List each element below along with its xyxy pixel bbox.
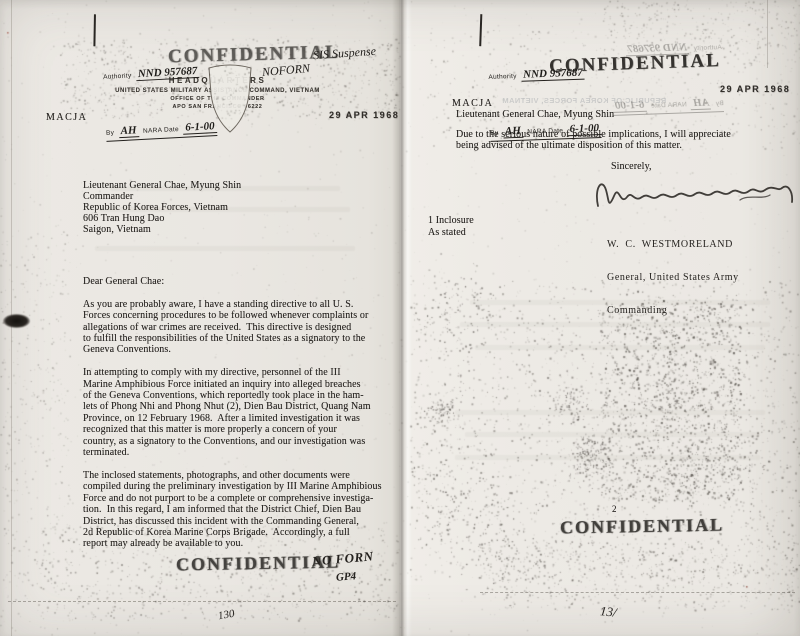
confidential-stamp-bottom-right: CONFIDENTIAL <box>560 515 724 539</box>
cut-off-stamp: DECLASSIFIED <box>192 0 270 6</box>
signature-block: W. C. WESTMORELAND General, United State… <box>607 217 739 338</box>
bleed-through-stamp-mirrored: Authority NND 957687 By AH NARA Date 6-1… <box>609 0 725 152</box>
address-line: Saigon, Vietnam <box>83 224 241 235</box>
nara-date-value: 6-1-00 <box>613 99 647 113</box>
page-gutter-shadow <box>392 0 412 636</box>
address-line: 606 Tran Hung Dao <box>83 213 241 224</box>
body-line <box>83 287 382 298</box>
declassification-stamp-left: Authority NND 957687 By AH NARA Date 6-1… <box>100 6 219 178</box>
authority-row: Authority NND 957687 <box>488 62 599 84</box>
bleed-through-rule-right <box>480 592 795 593</box>
address-line: Commander <box>83 191 241 202</box>
body-line: Province, on 12 February 1968. After a l… <box>83 413 382 424</box>
handwritten-gp4: GP4 <box>336 570 357 583</box>
nara-row: By AH NARA Date 6-1-00 <box>490 118 601 142</box>
body-line: In attempting to comply with my directiv… <box>83 367 382 378</box>
body-line: Geneva Conventions. <box>83 344 382 355</box>
body-line: to fulfill the responsibilities of the U… <box>83 333 382 344</box>
body-line: country, as a signatory to the Conventio… <box>83 436 382 447</box>
authority-row-mirrored: Authority NND 957687 <box>611 36 722 58</box>
bleed-through-strip <box>110 186 340 191</box>
scanned-document: DECLASSIFIED Authority NND 957687 By AH … <box>0 0 800 636</box>
signature-name: W. C. WESTMORELAND <box>607 239 739 250</box>
nara-row-mirrored: By AH NARA Date 6-1-00 <box>613 92 724 116</box>
body-line: terminated. <box>83 447 382 458</box>
by-value: AH <box>118 124 139 138</box>
signature-title: General, United States Army <box>607 272 739 283</box>
authority-label: Authority <box>103 72 132 80</box>
bleed-through-strip <box>455 410 765 415</box>
inclosure-line: 1 Inclosure <box>428 215 474 227</box>
westmoreland-signature <box>592 172 797 217</box>
bleed-through-rule-left <box>8 601 396 602</box>
body-line: lets of Phong Nhi and Phong Nhut (2), Di… <box>83 401 382 412</box>
signature-role: Commanding <box>607 305 739 316</box>
nara-date-value: 6-1-00 <box>567 122 601 136</box>
declassification-stamp-right: Authority NND 957687 By AH NARA Date 6-1… <box>486 8 602 178</box>
body-line <box>83 356 382 367</box>
body-line: allegations of war crimes are received. … <box>83 322 382 333</box>
authority-value: NND 957687 <box>136 65 200 81</box>
date-stamp-left: 29 APR 1968 <box>329 110 399 120</box>
body-line: 2d Republic of Korea Marine Corps Brigad… <box>83 527 382 538</box>
body-line: Marine Amphibious Force initiated an inq… <box>83 379 382 390</box>
bleed-through-strip <box>470 300 770 305</box>
body-line: recognized that this matter is more prop… <box>83 424 382 435</box>
nara-date-label: NARA Date <box>143 126 179 135</box>
body-line: tion. In this regard, I am informed that… <box>83 504 382 515</box>
bleed-through-strip <box>465 432 760 437</box>
body-line: The inclosed statements, photographs, an… <box>83 470 382 481</box>
date-stamp-right: 29 APR 1968 <box>720 84 790 94</box>
authority-row: Authority NND 957687 <box>103 60 215 84</box>
handwritten-page-mark-right: 13/ <box>599 603 617 621</box>
body-line: Dear General Chae: <box>83 276 382 287</box>
by-label: By <box>106 129 115 136</box>
body-line: District, has discussed this incident wi… <box>83 516 382 527</box>
authority-value: NND 957687 <box>521 67 585 82</box>
by-value: AH <box>691 96 711 110</box>
nara-date-value: 6-1-00 <box>183 120 217 135</box>
letter-body: Dear General Chae: As you are probably a… <box>83 276 382 550</box>
office-symbol-right: MACJA <box>452 98 493 109</box>
by-label: By <box>490 130 498 137</box>
bleed-through-strip <box>95 246 355 251</box>
nara-date-label: NARA Date <box>651 101 687 109</box>
bleed-through-strip <box>100 207 350 212</box>
closing: Sincerely, <box>611 161 652 172</box>
ink-blot <box>3 314 30 328</box>
inclosure-line: As stated <box>428 227 474 239</box>
body-line: Forces concerning procedures to be follo… <box>83 310 382 321</box>
page-number: 2 <box>612 504 617 515</box>
inclosure-block: 1 InclosureAs stated <box>428 215 474 238</box>
body-line: of the Geneva Conventions, which reporte… <box>83 390 382 401</box>
bleed-through-strip <box>455 455 760 460</box>
authority-label: Authority <box>488 73 517 81</box>
body-line: Force and do not purport to be a complet… <box>83 493 382 504</box>
bleed-through-strip <box>475 345 765 350</box>
right-fold-line <box>767 0 768 68</box>
nara-row: By AH NARA Date 6-1-00 <box>105 116 217 142</box>
office-symbol-left: MACJA <box>46 112 87 123</box>
by-value: AH <box>503 125 523 139</box>
body-line: report may already be available to you. <box>83 538 382 549</box>
nara-date-label: NARA Date <box>527 127 563 135</box>
body-line <box>83 459 382 470</box>
body-line: compiled during the preliminary investig… <box>83 481 382 492</box>
authority-label: Authority <box>693 44 722 52</box>
by-label: By <box>715 100 723 107</box>
authority-value: NND 957687 <box>625 41 689 56</box>
bleed-through-strip <box>460 322 770 327</box>
body-line: As you are probably aware, I have a stan… <box>83 299 382 310</box>
